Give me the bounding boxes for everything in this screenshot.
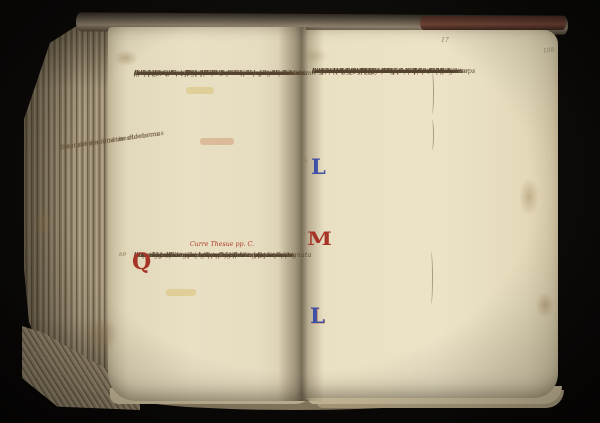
left-page-red-heading: Curre Thesue pp. C.	[134, 240, 310, 250]
yellow-highlight	[186, 87, 214, 94]
parchment-stain	[300, 48, 328, 64]
initial-guide-letter: G	[303, 158, 307, 164]
red-initial-m: M	[307, 230, 332, 249]
manuscript-text-line: intelligendum fecisse de rebus in magna …	[134, 69, 305, 79]
parchment-stain	[114, 50, 138, 66]
fore-edge-stain	[34, 208, 52, 238]
manuscript-text-line: tempore fui est non — pallium sed regni	[312, 67, 460, 76]
margin-bracket-flourish	[430, 120, 434, 150]
blue-initial-l: L	[311, 156, 326, 177]
parchment-stain	[519, 178, 539, 216]
manuscript-photo: Debeatis precipuum dolere dum decorum si…	[0, 0, 600, 423]
parchment-stain	[536, 292, 554, 318]
parchment-stain	[86, 316, 118, 352]
margin-bracket-flourish	[430, 72, 434, 114]
gutter-shadow	[278, 27, 324, 401]
margin-bracket-flourish	[429, 252, 433, 304]
right-page	[300, 30, 558, 398]
initial-guide-letter: q	[302, 231, 305, 237]
head-edge-band-red	[420, 16, 566, 30]
quire-mark: 17	[441, 37, 449, 44]
left-margin-mark: b9	[119, 252, 126, 258]
red-initial-q: Q	[132, 251, 151, 273]
yellow-highlight	[166, 289, 196, 296]
blue-initial-l-flourished: L	[310, 305, 325, 326]
red-tinted-word	[200, 138, 234, 145]
left-page	[108, 27, 306, 401]
initial-guide-letter: l	[301, 306, 303, 312]
manuscript-text-line: dixerim. Maiorum ad me referre operam ip…	[134, 251, 297, 261]
